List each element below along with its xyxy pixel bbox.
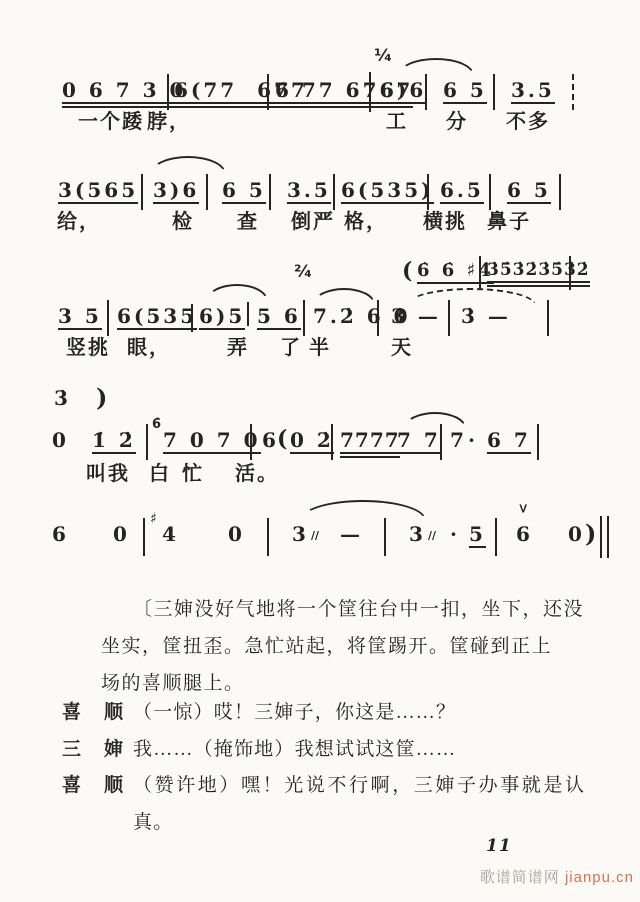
annotation: ∕∕ <box>311 530 319 541</box>
lyric: 叫我 <box>86 464 130 484</box>
note-token: 6 7 <box>487 430 531 454</box>
slur <box>398 58 474 75</box>
lyric: 工 <box>386 112 408 132</box>
barline <box>384 518 386 556</box>
lyric: 给， <box>57 212 101 232</box>
note-token: 3 <box>292 524 309 544</box>
annotation: ²⁄₄ <box>294 264 312 281</box>
note-token: 6 <box>516 524 533 544</box>
note-token: 0 2̇ <box>290 430 334 454</box>
note-token: 3)6 <box>153 180 199 204</box>
note-token: 7 0 7 0 <box>163 430 261 454</box>
barline <box>569 256 571 290</box>
note-token: 0 <box>568 524 585 544</box>
annotation: ∕∕ <box>428 530 436 541</box>
barline <box>250 424 252 460</box>
barline <box>191 304 193 332</box>
lyric: 一个踒 <box>78 112 144 132</box>
note-token: ) <box>96 386 110 410</box>
lyric: 半 <box>309 338 331 358</box>
note-token: 6)5 <box>199 306 245 330</box>
barline <box>303 300 305 336</box>
stage-direction-line: 坐实，筐扭歪。急忙站起，将筐踢开。筐碰到正上 <box>101 637 552 656</box>
barline <box>333 174 335 210</box>
slur <box>404 412 466 428</box>
note-token: 3̇ — <box>461 306 511 326</box>
barline <box>427 174 429 210</box>
note-token: 5 <box>469 524 486 548</box>
note-token: 7 7 <box>397 430 441 454</box>
barline <box>141 174 143 210</box>
slur <box>206 284 268 301</box>
lyric: 鼻子 <box>487 212 531 232</box>
note-token: 3̇ <box>54 388 71 408</box>
lyric: 活。 <box>235 464 279 484</box>
note-token: 0 <box>228 524 245 544</box>
barline <box>107 300 109 336</box>
note-token: 3̇ — <box>391 306 441 326</box>
annotation: 6̇ <box>152 418 161 431</box>
lyric: 眼， <box>127 338 171 358</box>
note-token: 3(565 <box>58 180 138 204</box>
note-token: 5 6 <box>257 306 301 330</box>
barline <box>146 424 148 460</box>
slur <box>313 288 375 304</box>
barline <box>440 424 442 460</box>
note-token: 3̇5̇3̇2̇3̇5̇3̇2̇ <box>487 262 590 287</box>
note-token: 1̇ 2̇ <box>92 430 136 454</box>
lyric: 分 <box>446 112 468 132</box>
barline <box>489 174 491 210</box>
note-token: 6̇ 6̇ ♯4̇ <box>417 262 494 284</box>
annotation: ¹⁄₄ <box>374 48 392 65</box>
lyric: 脖， <box>147 112 191 132</box>
barline <box>331 424 333 460</box>
barline <box>267 74 269 110</box>
barline <box>537 424 539 460</box>
note-token: 6 5 <box>507 180 551 204</box>
page-number: 11 <box>486 836 512 856</box>
note-token: 7777 <box>340 430 400 458</box>
note-token: 4 <box>162 524 179 544</box>
note-token: ( <box>402 260 415 282</box>
slur <box>150 156 226 174</box>
lyric: 查 <box>237 212 259 232</box>
barline <box>448 300 450 336</box>
annotation: > <box>516 503 529 514</box>
barline <box>269 174 271 210</box>
barline <box>547 300 549 336</box>
barline <box>600 516 609 558</box>
dialogue-line: 我……（掩饰地）我想试试这筐…… <box>133 740 456 759</box>
dialogue-speaker: 喜 顺 <box>62 776 125 795</box>
barline <box>559 174 561 210</box>
barline <box>377 300 379 336</box>
dialogue-line: （一惊）哎！三婶子，你这是……？ <box>133 703 456 722</box>
stage-direction-line: 场的喜顺腿上。 <box>101 674 245 693</box>
note-token: 6)6 <box>380 80 426 104</box>
lyric: 弄 <box>227 338 249 358</box>
note-token: 6 5 <box>222 180 266 204</box>
note-token: 3.5 <box>511 80 555 104</box>
lyric: 倒严 <box>291 212 335 232</box>
note-token: · <box>468 430 478 450</box>
barline <box>247 302 249 326</box>
note-token: 3 <box>409 524 426 544</box>
note-token: 0 <box>52 430 69 450</box>
note-token: 6(535) <box>341 180 434 204</box>
note-token: 6 5 <box>443 80 487 104</box>
barline <box>369 72 371 112</box>
barline <box>572 74 574 110</box>
note-token: · <box>450 524 460 544</box>
watermark: 歌谱简谱网 jianpu.cn <box>480 866 634 887</box>
lyric: 忙 <box>182 464 204 484</box>
dialogue-line: 真。 <box>133 813 173 832</box>
barline <box>267 518 269 556</box>
annotation: ♯ <box>150 512 157 526</box>
lyric: 横挑 <box>423 212 467 232</box>
dialogue-speaker: 三 婶 <box>62 740 125 759</box>
dialogue-speaker: 喜 顺 <box>62 703 125 722</box>
note-token: 3 5 <box>58 306 102 330</box>
dialogue-line: （赞许地）嘿！光说不行啊，三婶子办事就是认 <box>133 776 587 795</box>
barline <box>495 518 497 556</box>
lyric: 竖挑 <box>66 338 110 358</box>
lyric: 检 <box>172 212 194 232</box>
note-token: 6.5 <box>440 180 484 204</box>
lyric: 天 <box>391 338 413 358</box>
note-token: 6 <box>52 524 69 544</box>
note-token: 0 <box>113 524 130 544</box>
note-token: 7 <box>450 430 467 450</box>
barline <box>425 74 427 110</box>
lyric: 格， <box>344 212 388 232</box>
watermark-site-name: 歌谱简谱网 <box>480 869 560 886</box>
barline <box>493 74 495 110</box>
note-token: — <box>340 524 363 544</box>
note-token: 6(535 <box>117 306 197 330</box>
note-token: ) <box>585 522 599 546</box>
barline <box>479 256 481 290</box>
lyric: 了 <box>280 338 302 358</box>
lyric: 白 <box>149 464 171 484</box>
score-page: 0 6 7 3 06(77 6776 77 6767¹⁄₄6)66 53.5一个… <box>0 0 640 902</box>
note-token: 3.5 <box>287 180 331 204</box>
barline <box>206 174 208 210</box>
lyric: 不多 <box>506 112 550 132</box>
slur <box>300 500 426 520</box>
barline <box>167 74 169 110</box>
note-token: ( <box>277 428 290 450</box>
watermark-domain: jianpu.cn <box>565 869 634 886</box>
barline <box>143 518 145 556</box>
stage-direction-line: 〔三婶没好气地将一个筐往台中一扣，坐下，还没 <box>133 600 584 619</box>
